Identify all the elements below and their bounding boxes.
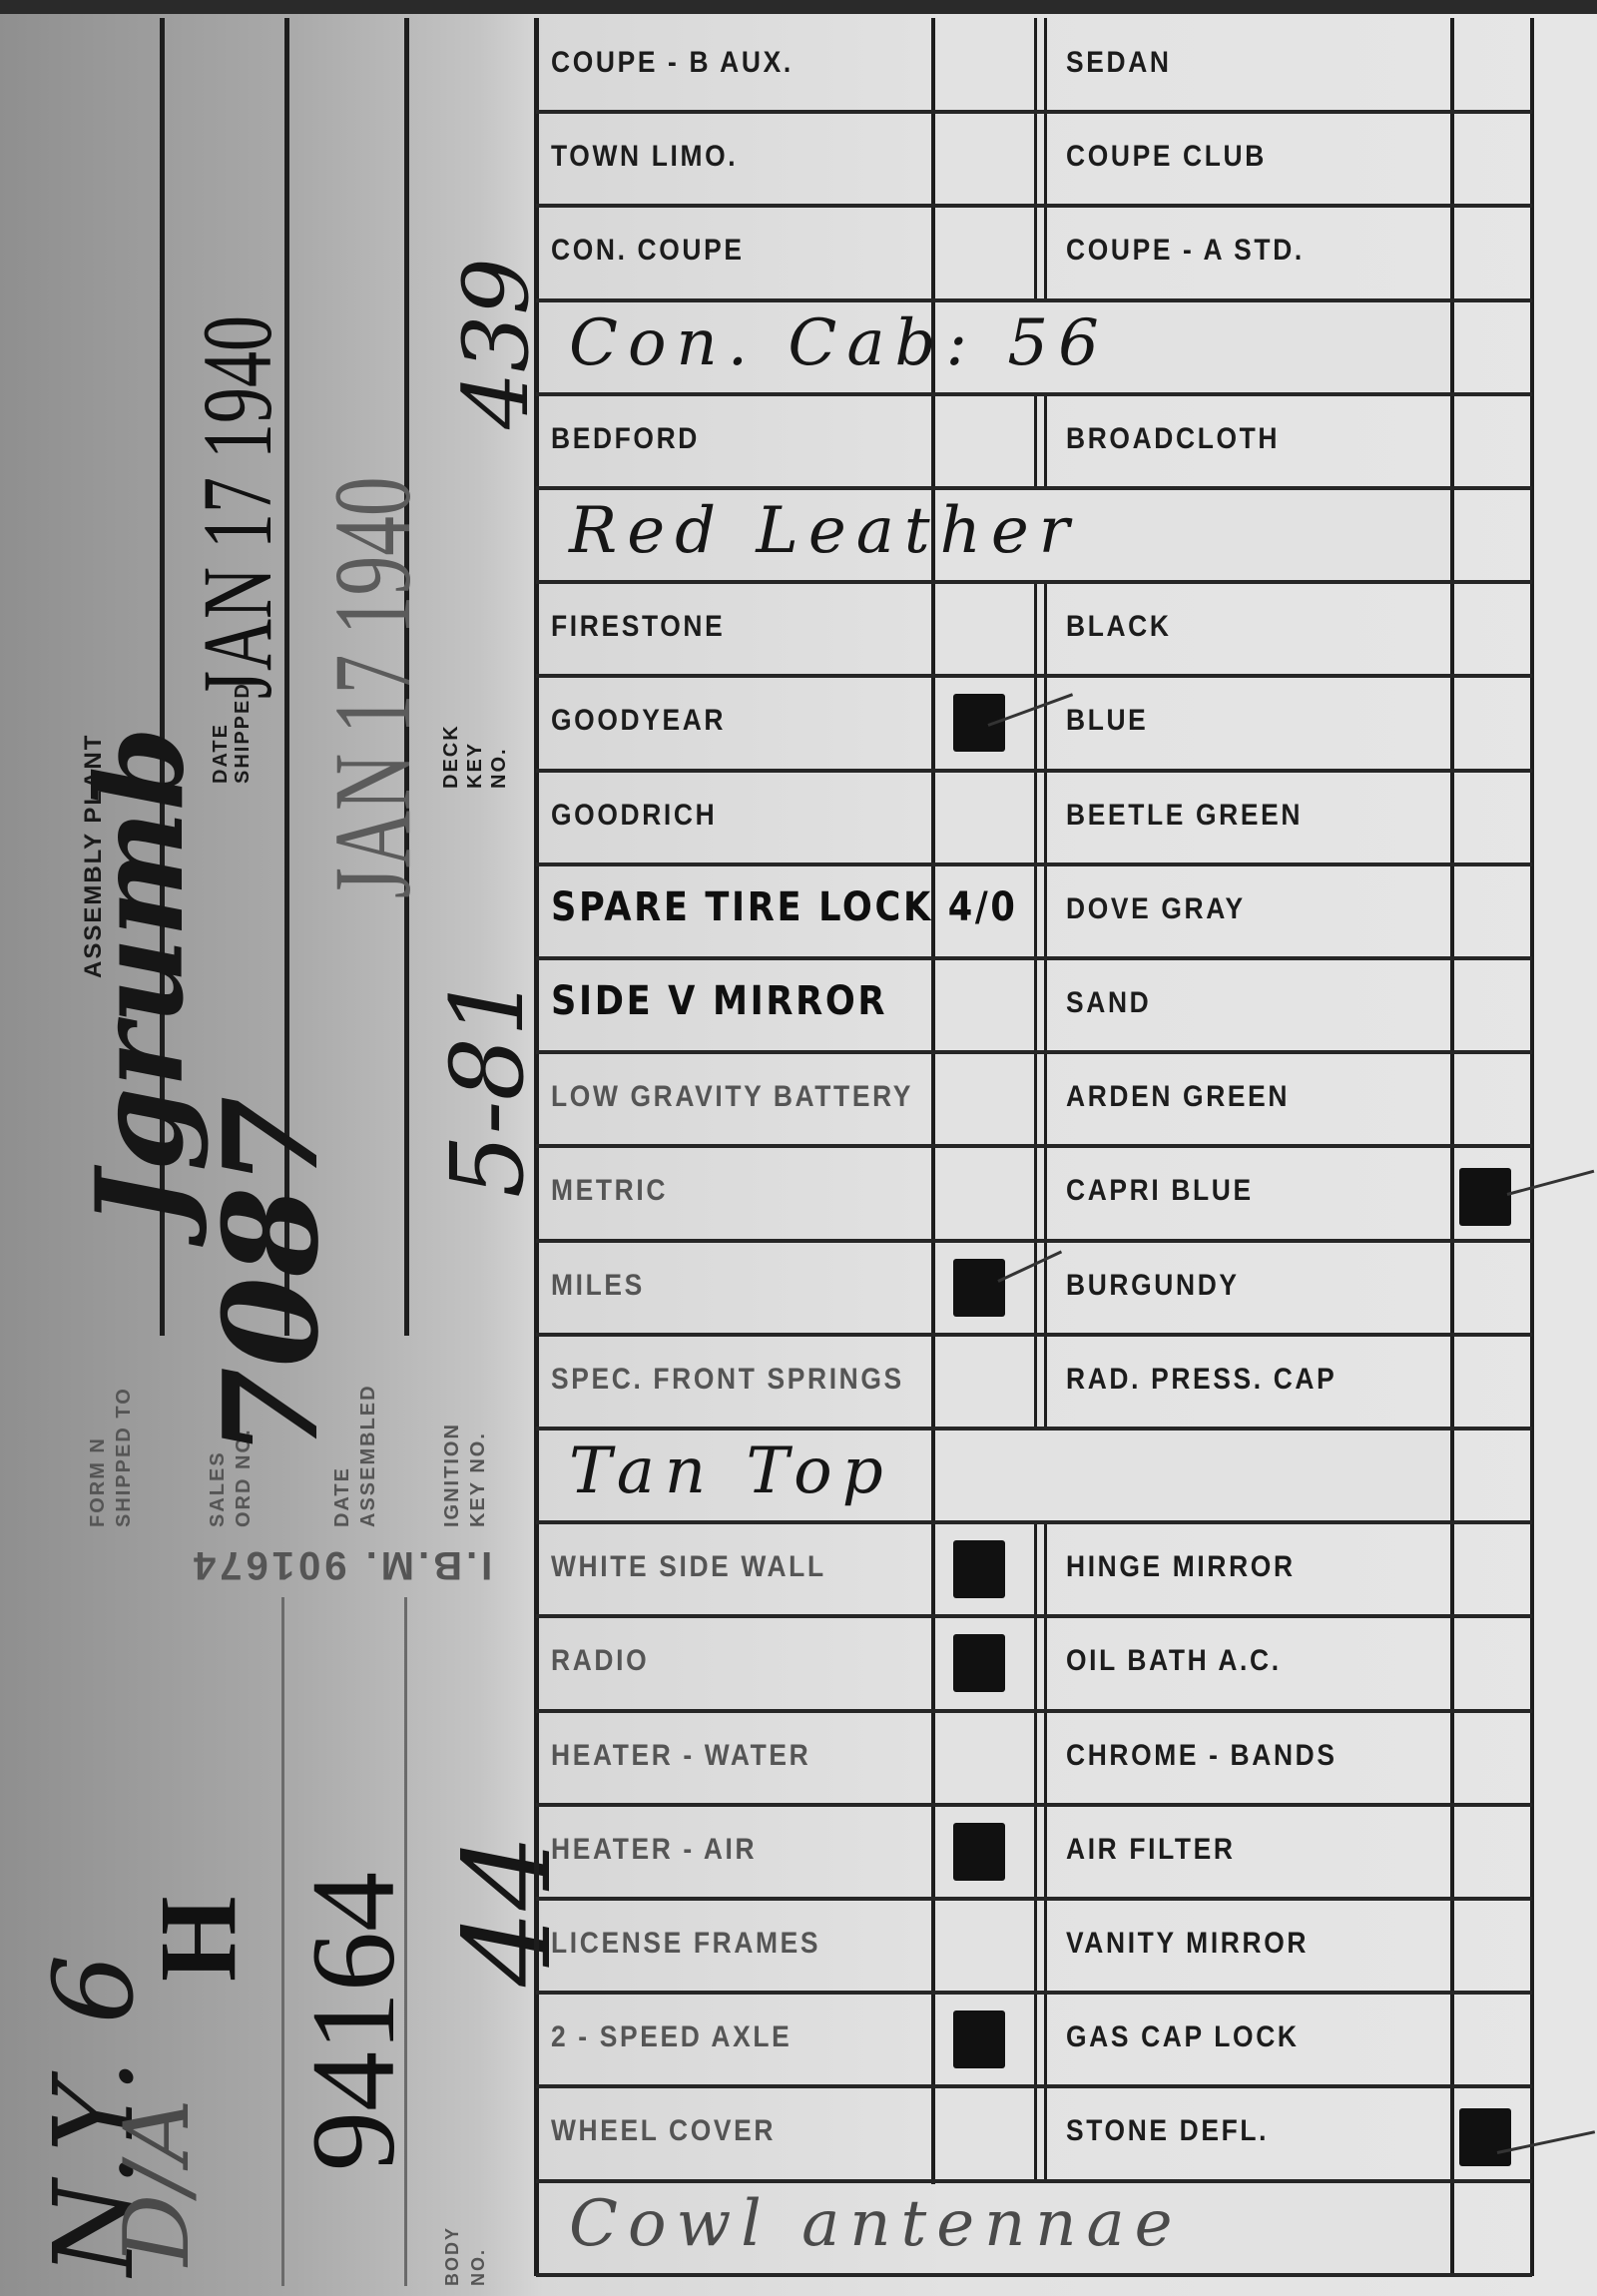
option-checkbox-right[interactable] [1457,1345,1527,1419]
sales-ord-no: 7087 [195,1096,347,1457]
option-checkbox-right[interactable] [1457,28,1527,102]
row-rule [536,1144,1532,1148]
label-deck-key-no: DECK KEY NO. [439,699,511,789]
option-checkbox-left[interactable] [943,874,1028,948]
option-checkbox-left[interactable] [943,968,1028,1042]
row-rule [536,1239,1532,1243]
option-checkbox-left[interactable] [943,592,1028,666]
row-rule [536,580,1532,584]
label-ignition-key-no: IGNITION KEY NO. [439,1378,491,1527]
option-checkbox-right[interactable] [1457,874,1527,948]
option-label-left: HEATER - WATER [551,1739,810,1773]
option-label-left: HEATER - AIR [551,1833,757,1867]
option-label-left: LICENSE FRAMES [551,1927,820,1961]
option-label-left: GOODRICH [551,799,717,833]
option-checkbox-right[interactable] [1457,1815,1527,1889]
option-checkbox-right[interactable] [1457,1532,1527,1606]
option-label-left: LOW GRAVITY BATTERY [551,1080,913,1114]
option-label-right: CAPRI BLUE [1066,1174,1254,1208]
ignition-key-no: 5-81 [429,973,546,1198]
check-mark-icon [953,2010,1005,2068]
option-label-left: FIRESTONE [551,610,725,644]
option-label-left: TOWN LIMO. [551,140,738,174]
option-label-left: RADIO [551,1644,649,1678]
option-label-left: MILES [551,1269,645,1303]
option-checkbox-right[interactable] [1457,592,1527,666]
option-checkbox-left[interactable] [943,1721,1028,1795]
option-label-right: ARDEN GREEN [1066,1080,1290,1114]
option-label-right: BLACK [1066,610,1172,644]
option-label-left: SPEC. FRONT SPRINGS [551,1363,904,1397]
row-rule [536,862,1532,866]
date-shipped-stamp: JAN 17 1940 [180,315,294,699]
check-mark-icon [953,1540,1005,1598]
handwritten-entry: Cowl antennae [569,2187,1183,2261]
row-rule [536,2084,1532,2088]
option-label-right: SEDAN [1066,46,1172,80]
check-mark-icon [1459,2108,1511,2166]
option-label-right: COUPE CLUB [1066,140,1267,174]
check-mark-icon [953,1259,1005,1317]
row-rule [536,769,1532,773]
option-label-left: 2 - SPEED AXLE [551,2020,792,2054]
option-label-right: AIR FILTER [1066,1833,1236,1867]
row-rule [536,1520,1532,1524]
label-date-shipped: DATE SHIPPED [210,694,254,784]
option-label-left: SIDE V MIRROR [551,978,887,1024]
row-rule [536,1333,1532,1337]
option-label-right: CHROME - BANDS [1066,1739,1337,1773]
row-rule [536,1614,1532,1618]
option-label-right: BURGUNDY [1066,1269,1240,1303]
option-checkbox-right[interactable] [1457,1062,1527,1136]
option-label-right: BROADCLOTH [1066,422,1280,456]
option-label-left: METRIC [551,1174,668,1208]
option-label-right: STONE DEFL. [1066,2114,1269,2148]
option-label-left: BEDFORD [551,422,700,456]
option-label-right: BEETLE GREEN [1066,799,1303,833]
option-checkbox-left[interactable] [943,2096,1028,2170]
check-mark-icon [1459,1168,1511,1226]
form-number: I.B.M. 901674 [190,1542,492,1587]
option-checkbox-right[interactable] [1457,686,1527,760]
option-checkbox-left[interactable] [943,122,1028,196]
option-checkbox-left[interactable] [943,1345,1028,1419]
option-checkbox-right[interactable] [1457,1251,1527,1325]
option-checkbox-left[interactable] [943,1156,1028,1230]
check-mark-icon [953,1634,1005,1692]
option-label-left: GOODYEAR [551,704,726,738]
row-rule [536,674,1532,678]
assembly-plant-signature: Jgrumb [70,727,211,1228]
row-rule [536,2273,1532,2277]
option-label-right: OIL BATH A.C. [1066,1644,1282,1678]
handwritten-entry: Red Leather [569,494,1079,568]
option-label-left: WHITE SIDE WALL [551,1550,826,1584]
row-rule [536,204,1532,208]
handwritten-entry: Con. Cab: 56 [569,306,1109,380]
option-label-right: DOVE GRAY [1066,892,1246,926]
row-rule [536,392,1532,396]
handwritten-entry: Tan Top [569,1435,893,1508]
label-form-shipped-to: FORM N SHIPPED TO [85,1368,137,1527]
row-rule [536,1050,1532,1054]
label-body-no: BODY NO. [439,2206,491,2286]
row-rule [536,1991,1532,1995]
check-mark-icon [953,1823,1005,1881]
date-assembled-stamp: JAN 17 1940 [309,477,436,898]
option-label-right: RAD. PRESS. CAP [1066,1363,1336,1397]
option-checkbox-right[interactable] [1457,1626,1527,1700]
option-label-left: CON. COUPE [551,234,745,268]
option-checkbox-left[interactable] [943,216,1028,289]
option-label-right: BLUE [1066,704,1148,738]
option-checkbox-right[interactable] [1457,122,1527,196]
dealer-note-2: D/A [105,2099,210,2266]
option-checkbox-left[interactable] [943,404,1028,478]
option-checkbox-right[interactable] [1457,1909,1527,1983]
option-label-right: COUPE - A STD. [1066,234,1305,268]
option-checkbox-right[interactable] [1457,2003,1527,2076]
option-checkbox-left[interactable] [943,1062,1028,1136]
option-checkbox-left[interactable] [943,28,1028,102]
option-checkbox-right[interactable] [1457,404,1527,478]
option-label-right: VANITY MIRROR [1066,1927,1309,1961]
handwritten-row-bg [936,1431,1449,1520]
option-checkbox-left[interactable] [943,781,1028,855]
option-label-right: SAND [1066,986,1151,1020]
row-rule [536,1709,1532,1713]
row-rule [536,956,1532,960]
option-checkbox-right[interactable] [1457,781,1527,855]
build-card: ASSEMBLY PLANT DATE SHIPPED DECK KEY NO.… [0,0,1597,2296]
row-rule [536,1897,1532,1901]
top-edge-shadow [0,0,1597,14]
row-rule [536,110,1532,114]
option-label-left: WHEEL COVER [551,2114,776,2148]
option-label-left: COUPE - B AUX. [551,46,794,80]
option-label-right: HINGE MIRROR [1066,1550,1296,1584]
option-checkbox-right[interactable] [1457,216,1527,289]
option-label-right: GAS CAP LOCK [1066,2020,1300,2054]
row-rule [536,1803,1532,1807]
serial-number: 94164 [284,1872,422,2171]
option-checkbox-right[interactable] [1457,1721,1527,1795]
option-checkbox-right[interactable] [1457,968,1527,1042]
option-checkbox-left[interactable] [943,1909,1028,1983]
